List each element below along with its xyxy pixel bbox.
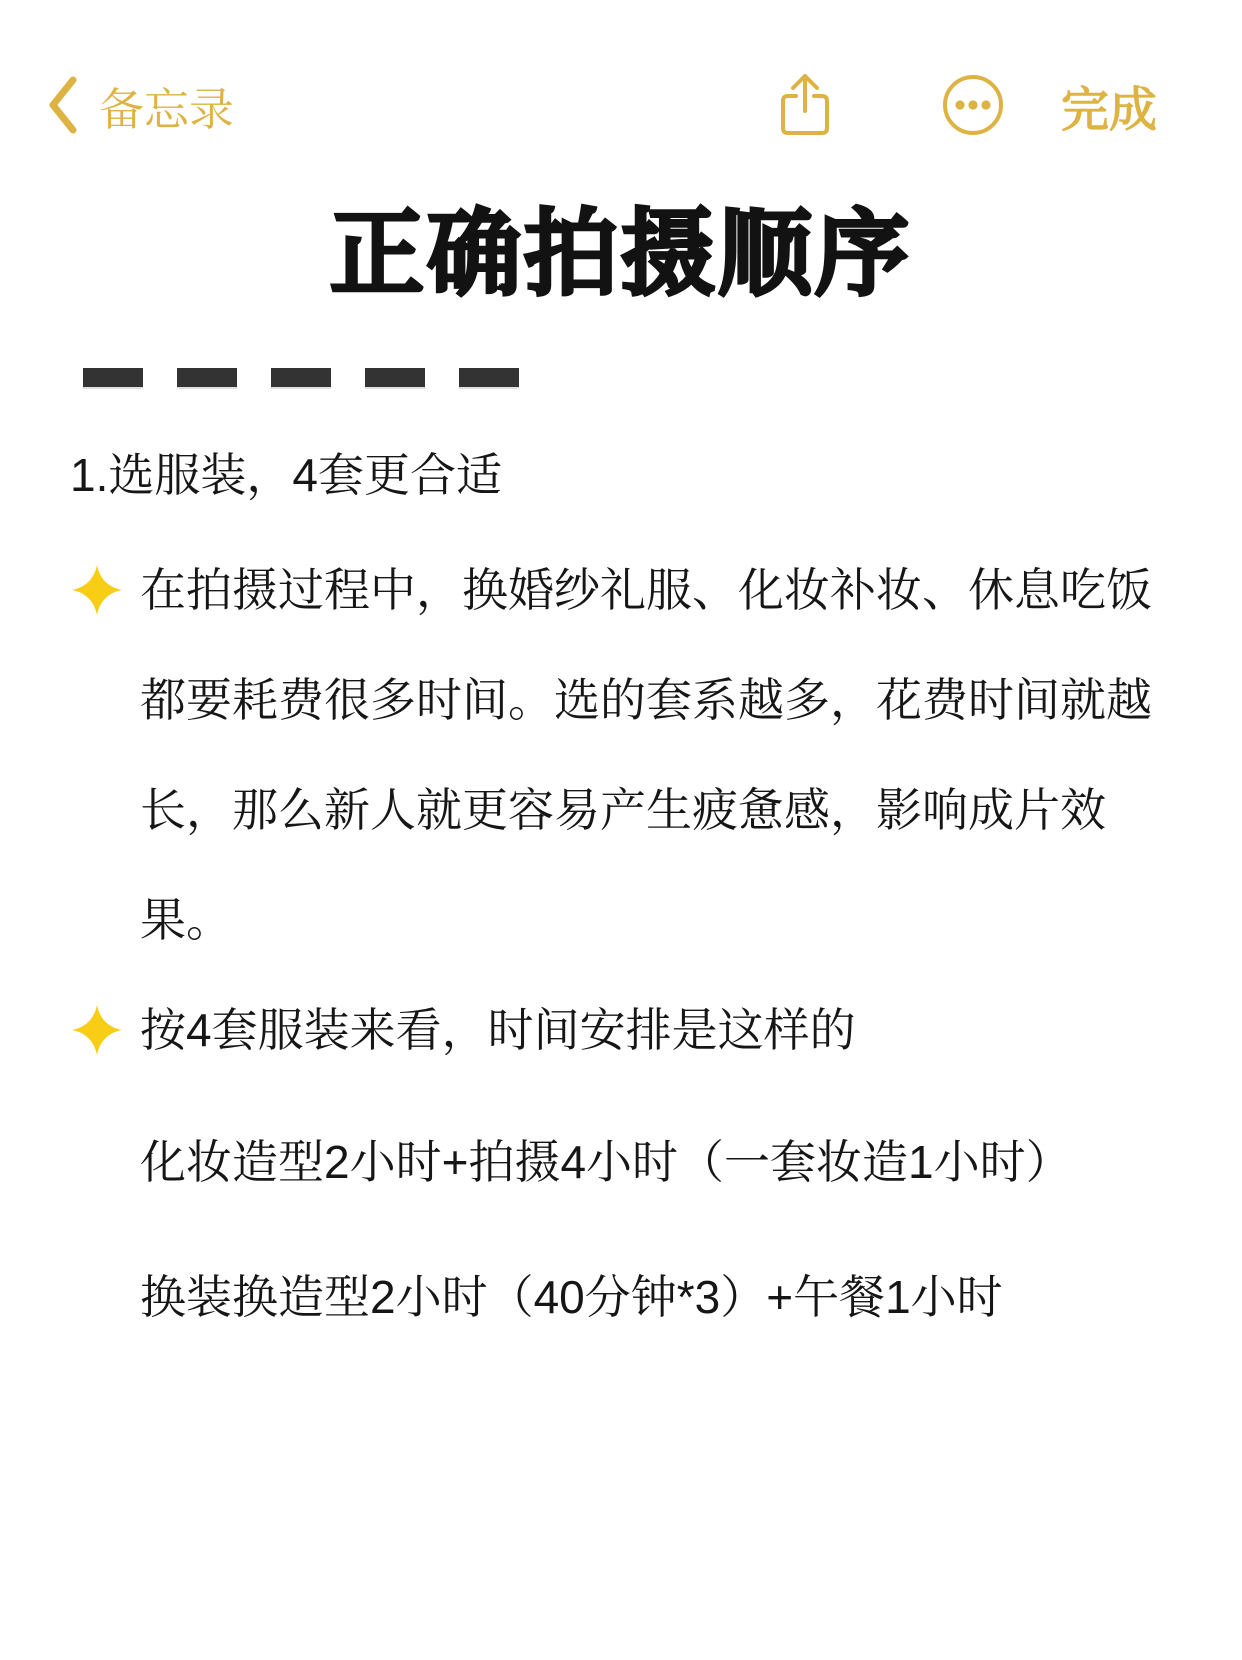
dash xyxy=(177,368,237,387)
nav-actions: 完成 xyxy=(777,71,1157,140)
dash xyxy=(83,368,143,387)
numbered-item: 1.选服装，4套更合适 xyxy=(70,440,1187,510)
dash xyxy=(271,368,331,387)
back-button[interactable]: 备忘录 xyxy=(45,73,234,138)
chevron-left-icon xyxy=(45,75,79,135)
four-point-star-icon xyxy=(70,975,140,1068)
bullet-text: 按4套服装来看，时间安排是这样的 xyxy=(140,975,1187,1085)
dash xyxy=(459,368,519,387)
schedule-line: 换装换造型2小时（40分钟*3）+午餐1小时 xyxy=(140,1242,1187,1352)
bullet-item: 在拍摄过程中，换婚纱礼服、化妆补妆、休息吃饭 都要耗费很多时间。选的套系越多，花… xyxy=(70,535,1187,975)
divider-dashes xyxy=(83,368,519,387)
schedule-line: 化妆造型2小时+拍摄4小时（一套妆造1小时） xyxy=(140,1107,1187,1217)
back-button-label: 备忘录 xyxy=(99,73,234,138)
share-icon[interactable] xyxy=(777,71,833,139)
note-title: 正确拍摄顺序 xyxy=(0,178,1242,313)
four-point-star-icon xyxy=(70,535,140,628)
note-body: 1.选服装，4套更合适 在拍摄过程中，换婚纱礼服、化妆补妆、休息吃饭 都要耗费很… xyxy=(70,440,1187,1352)
navbar: 备忘录 完成 xyxy=(45,68,1157,142)
dash xyxy=(365,368,425,387)
ellipsis-circle-icon[interactable] xyxy=(941,73,1005,137)
bullet-item: 按4套服装来看，时间安排是这样的 xyxy=(70,975,1187,1085)
bullet-text: 在拍摄过程中，换婚纱礼服、化妆补妆、休息吃饭 都要耗费很多时间。选的套系越多，花… xyxy=(140,535,1187,975)
done-button[interactable]: 完成 xyxy=(1061,71,1157,140)
